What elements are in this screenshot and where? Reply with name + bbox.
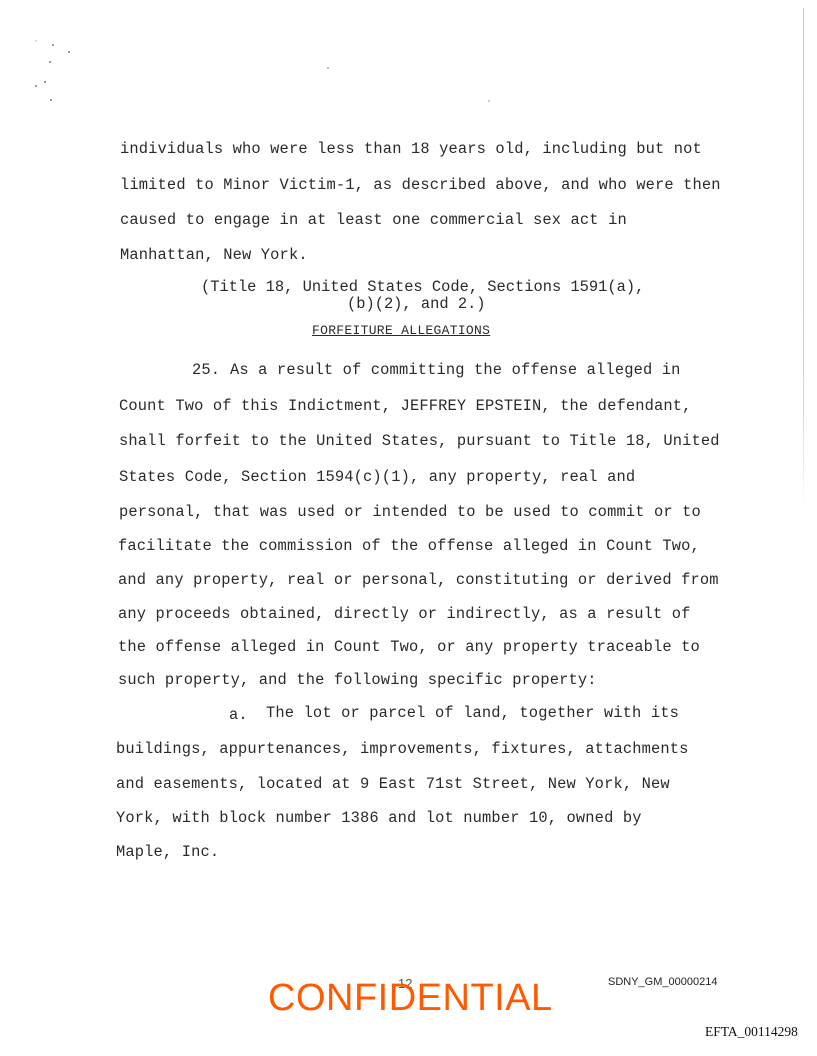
text-line: such property, and the following specifi…: [118, 671, 597, 689]
confidential-watermark: CONFIDENTIAL: [268, 976, 553, 1020]
text-line: and any property, real or personal, cons…: [118, 571, 719, 589]
scan-speck: [68, 51, 70, 53]
efta-number: EFTA_00114298: [705, 1024, 798, 1040]
scan-speck: [488, 100, 490, 102]
scan-speck: [50, 99, 52, 101]
text-line: Manhattan, New York.: [120, 246, 308, 264]
statutory-citation-line: (Title 18, United States Code, Sections …: [201, 278, 644, 296]
text-line: The lot or parcel of land, together with…: [266, 704, 679, 722]
text-line: Count Two of this Indictment, JEFFREY EP…: [119, 397, 692, 415]
item-label: a.: [229, 706, 248, 724]
scan-speck: [44, 81, 46, 83]
scan-speck: [49, 61, 51, 63]
text-line: caused to engage in at least one commerc…: [120, 211, 627, 229]
scan-speck: [35, 40, 37, 42]
section-heading: FORFEITURE ALLEGATIONS: [312, 323, 490, 339]
text-line: personal, that was used or intended to b…: [119, 503, 701, 521]
text-line: and easements, located at 9 East 71st St…: [116, 775, 670, 793]
text-line: the offense alleged in Count Two, or any…: [118, 638, 700, 656]
text-line: States Code, Section 1594(c)(1), any pro…: [119, 468, 635, 486]
statutory-citation-line: (b)(2), and 2.): [347, 295, 486, 313]
scan-edge-line: [803, 8, 804, 510]
scan-speck: [52, 44, 54, 46]
text-line: As a result of committing the offense al…: [230, 361, 681, 379]
text-line: individuals who were less than 18 years …: [120, 140, 702, 158]
text-line: any proceeds obtained, directly or indir…: [118, 605, 691, 623]
text-line: buildings, appurtenances, improvements, …: [116, 740, 689, 758]
document-page: individuals who were less than 18 years …: [0, 0, 817, 1056]
text-line: Maple, Inc.: [116, 843, 219, 861]
scan-speck: [327, 67, 329, 69]
scan-speck: [35, 85, 37, 87]
text-line: shall forfeit to the United States, purs…: [119, 432, 720, 450]
bates-number: SDNY_GM_00000214: [608, 976, 717, 988]
text-line: facilitate the commission of the offense…: [118, 537, 700, 555]
text-line: York, with block number 1386 and lot num…: [116, 809, 642, 827]
paragraph-number: 25.: [192, 361, 220, 379]
text-line: limited to Minor Victim-1, as described …: [120, 176, 721, 194]
